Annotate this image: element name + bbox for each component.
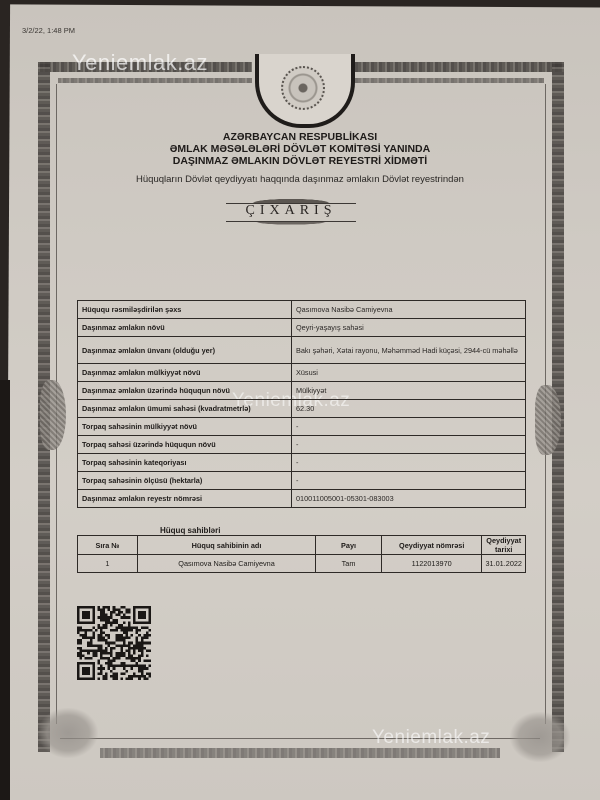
document-title-block: ÇIXARIŞ (226, 196, 356, 226)
owner-cell: Tam (316, 555, 382, 573)
property-label: Daşınmaz əmlakın ünvanı (olduğu yer) (78, 337, 292, 364)
print-timestamp: 3/2/22, 1:48 PM (22, 26, 75, 35)
property-row: Daşınmaz əmlakın reyestr nömrəsi01001100… (78, 490, 526, 508)
property-value: - (292, 418, 526, 436)
owner-cell: 1 (78, 555, 138, 573)
property-value: 010011005001-05301-083003 (292, 490, 526, 508)
property-value: Qeyri-yaşayış sahəsi (292, 319, 526, 337)
owner-cell: 31.01.2022 (482, 555, 526, 573)
property-label: Daşınmaz əmlakın növü (78, 319, 292, 337)
property-value: - (292, 436, 526, 454)
header-service: DAŞINMAZ ƏMLAKIN DÖVLƏT REYESTRİ XİDMƏTİ (0, 155, 600, 167)
property-row: Daşınmaz əmlakın mülkiyyət növüXüsusi (78, 364, 526, 382)
property-label: Daşınmaz əmlakın reyestr nömrəsi (78, 490, 292, 508)
owner-row: 1Qasımova Nasibə CamiyevnaTam11220139703… (78, 555, 526, 573)
owners-table: Sıra №Hüquq sahibinin adıPayıQeydiyyat n… (77, 535, 526, 573)
document-title: ÇIXARIŞ (226, 203, 356, 219)
property-label: Daşınmaz əmlakın mülkiyyət növü (78, 364, 292, 382)
property-row: Torpaq sahəsinin ölçüsü (hektarla)- (78, 472, 526, 490)
property-row: Torpaq sahəsinin kateqoriyası- (78, 454, 526, 472)
owner-cell: 1122013970 (381, 555, 482, 573)
property-label: Hüququ rəsmiləşdirilən şəxs (78, 301, 292, 319)
property-value: Xüsusi (292, 364, 526, 382)
property-row: Daşınmaz əmlakın ünvanı (olduğu yer)Bakı… (78, 337, 526, 364)
qr-code-icon (77, 606, 151, 680)
property-label: Daşınmaz əmlakın üzərində hüququn növü (78, 382, 292, 400)
owners-column-header: Hüquq sahibinin adı (137, 536, 315, 555)
property-label: Daşınmaz əmlakın ümumi sahəsi (kvadratme… (78, 400, 292, 418)
owners-column-header: Payı (316, 536, 382, 555)
owners-column-header: Sıra № (78, 536, 138, 555)
document-subtitle: Hüquqların Dövlət qeydiyyatı haqqında da… (0, 174, 600, 185)
seal-icon (281, 66, 325, 110)
property-row: Daşınmaz əmlakın üzərində hüququn növüMü… (78, 382, 526, 400)
property-value: Mülkiyyət (292, 382, 526, 400)
property-row: Hüququ rəsmiləşdirilən şəxsQasımova Nasi… (78, 301, 526, 319)
property-value: Qasımova Nasibə Camiyevna (292, 301, 526, 319)
background-edge (0, 380, 10, 800)
property-row: Torpaq sahəsi üzərində hüququn növü- (78, 436, 526, 454)
property-row: Torpaq sahəsinin mülkiyyət növü- (78, 418, 526, 436)
property-label: Torpaq sahəsinin kateqoriyası (78, 454, 292, 472)
property-label: Torpaq sahəsi üzərində hüququn növü (78, 436, 292, 454)
property-label: Torpaq sahəsinin mülkiyyət növü (78, 418, 292, 436)
watermark-top: Yeniemlak.az (72, 50, 208, 76)
property-value: Bakı şəhəri, Xətai rayonu, Məhəmməd Hadi… (292, 337, 526, 364)
property-row: Daşınmaz əmlakın növüQeyri-yaşayış sahəs… (78, 319, 526, 337)
owners-column-header: Qeydiyyat tarixi (482, 536, 526, 555)
owners-column-header: Qeydiyyat nömrəsi (381, 536, 482, 555)
header-committee: ƏMLAK MƏSƏLƏLƏRİ DÖVLƏT KOMİTƏSİ YANINDA (0, 143, 600, 155)
header-republic: AZƏRBAYCAN RESPUBLİKASI (0, 131, 600, 143)
ornament-icon (226, 221, 356, 227)
property-value: 62.30 (292, 400, 526, 418)
property-row: Daşınmaz əmlakın ümumi sahəsi (kvadratme… (78, 400, 526, 418)
property-details-table: Hüququ rəsmiləşdirilən şəxsQasımova Nasi… (77, 300, 526, 508)
watermark-bottom: Yeniemlak.az (372, 727, 490, 749)
owners-title: Hüquq sahibləri (160, 526, 220, 535)
owner-cell: Qasımova Nasibə Camiyevna (137, 555, 315, 573)
property-value: - (292, 472, 526, 490)
property-label: Torpaq sahəsinin ölçüsü (hektarla) (78, 472, 292, 490)
property-value: - (292, 454, 526, 472)
